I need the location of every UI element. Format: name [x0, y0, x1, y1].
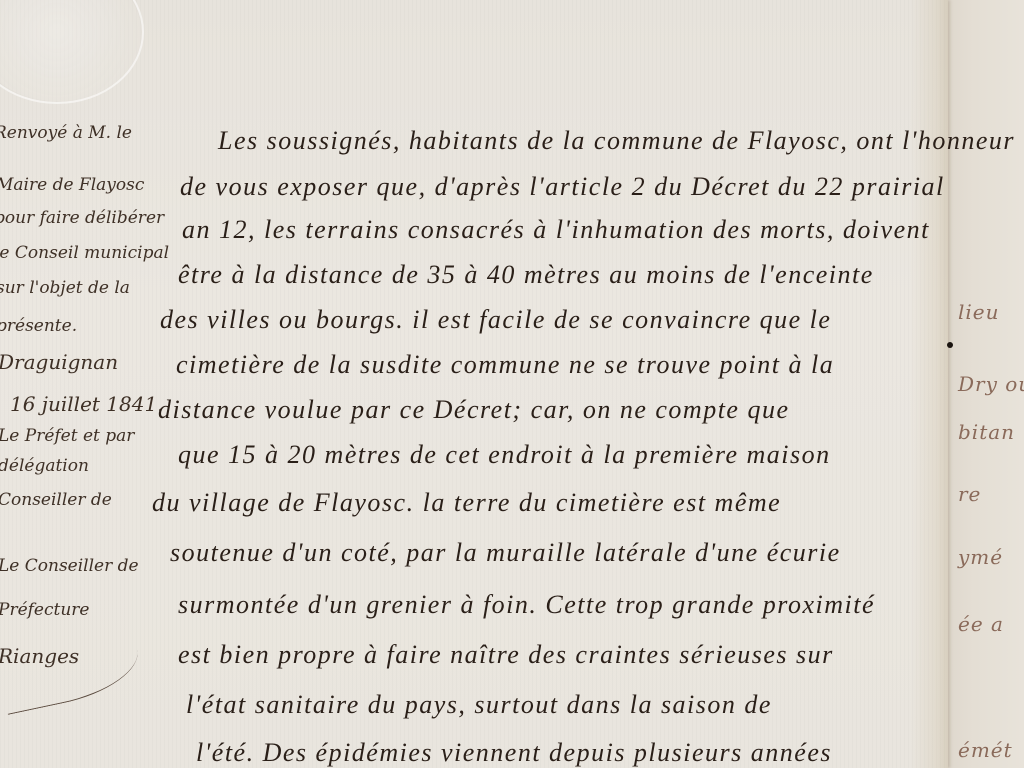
underlying-text-line: re: [958, 482, 981, 506]
text-line: l'état sanitaire du pays, surtout dans l…: [186, 690, 772, 720]
text-line: an 12, les terrains consacrés à l'inhuma…: [182, 215, 930, 245]
embossed-seal-icon: [0, 0, 144, 104]
ink-blot: [947, 342, 953, 348]
manuscript-sheet: Renvoyé à M. le Maire de Flayosc pour fa…: [0, 0, 948, 768]
underlying-text-line: bitan: [958, 420, 1015, 444]
underlying-text-line: Dry ou: [958, 372, 1024, 396]
margin-line: présente.: [0, 316, 77, 336]
margin-line: sur l'objet de la: [0, 278, 130, 298]
margin-line: Draguignan: [0, 350, 118, 374]
margin-line: Le Préfet et par: [0, 426, 134, 446]
margin-line: Préfecture: [0, 600, 89, 620]
text-line: que 15 à 20 mètres de cet endroit à la p…: [178, 440, 831, 470]
underlying-text-line: ymé: [958, 545, 1003, 569]
margin-line: le Conseil municipal: [0, 243, 169, 263]
sheet-edge-shadow: [910, 0, 948, 768]
text-line: du village de Flayosc. la terre du cimet…: [152, 488, 781, 518]
underlying-text-line: lieu: [958, 300, 1000, 324]
text-line: surmontée d'un grenier à foin. Cette tro…: [178, 590, 875, 620]
text-line: soutenue d'un coté, par la muraille laté…: [170, 538, 841, 568]
margin-line: 16 juillet 1841.: [10, 392, 164, 416]
margin-line: délégation: [0, 456, 89, 476]
text-line: être à la distance de 35 à 40 mètres au …: [178, 260, 874, 290]
underlying-text-line: ée a: [958, 612, 1004, 636]
text-line: l'été. Des épidémies viennent depuis plu…: [196, 738, 832, 768]
text-line: cimetière de la susdite commune ne se tr…: [176, 350, 834, 380]
signature-flourish: [0, 626, 145, 715]
text-line: des villes ou bourgs. il est facile de s…: [160, 305, 831, 335]
margin-line: pour faire délibérer: [0, 208, 164, 228]
margin-line: Renvoyé à M. le: [0, 123, 132, 143]
text-line: Les soussignés, habitants de la commune …: [218, 126, 1015, 156]
underlying-text-line: émét: [958, 738, 1013, 762]
margin-line: Conseiller de: [0, 490, 112, 510]
underlying-sheet: lieu Dry ou bitan re ymé ée a émét: [940, 0, 1024, 768]
text-line: de vous exposer que, d'après l'article 2…: [180, 172, 945, 202]
margin-line: Le Conseiller de: [0, 556, 139, 576]
text-line: est bien propre à faire naître des crain…: [178, 640, 834, 670]
margin-line: Maire de Flayosc: [0, 175, 144, 195]
text-line: distance voulue par ce Décret; car, on n…: [158, 395, 790, 425]
